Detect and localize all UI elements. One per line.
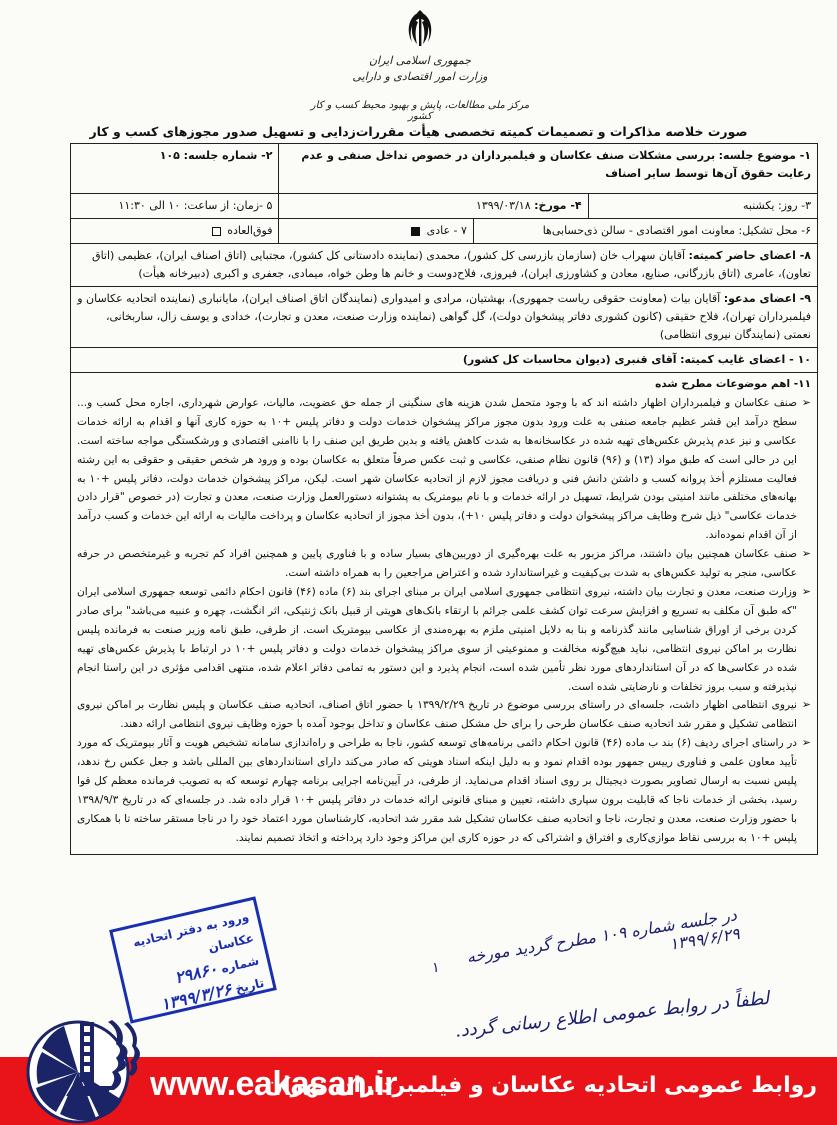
row-absent: ۱۰ - اعضای غایب کمیته: آقای قنبری (دیوان… xyxy=(71,348,817,373)
topic-paragraph: ➢نیروی انتظامی اظهار داشت، جلسه‌ای در را… xyxy=(77,696,811,734)
arrow-bullet-icon: ➢ xyxy=(802,545,811,564)
arrow-bullet-icon: ➢ xyxy=(802,394,811,413)
time: ۵ -زمان: از ساعت: ۱۰ الی ۱۱:۳۰ xyxy=(71,194,278,218)
union-logo-icon xyxy=(22,1000,150,1125)
topic-paragraph: ➢در راستای اجرای ردیف (۶) بند ب ماده (۴۶… xyxy=(77,734,811,847)
header-center: مرکز ملی مطالعات، پایش و بهبود محیط کسب … xyxy=(300,100,540,122)
invited-members: آقایان بیات (معاونت حقوقی ریاست جمهوری)،… xyxy=(77,292,811,341)
regular-checkbox xyxy=(411,227,420,236)
type-extra-cell: فوق‌العاده xyxy=(71,219,278,243)
absent-members: آقای قنبری (دیوان محاسبات کل کشور) xyxy=(463,353,677,366)
type-regular-label: ۷ - عادی xyxy=(427,224,467,237)
extra-checkbox xyxy=(212,227,221,236)
page-number: ۱ xyxy=(432,960,440,976)
header-country: جمهوری اسلامی ایران xyxy=(300,54,540,67)
stamp-date-label: تاریخ xyxy=(234,976,265,996)
topic-paragraph: ➢وزارت صنعت، معدن و تجارت بیان داشته، نی… xyxy=(77,583,811,696)
handwritten-note-session: در جلسه شماره ۱۰۹ مطرح گردید مورخه ۱۳۹۹/… xyxy=(419,905,741,993)
arrow-bullet-icon: ➢ xyxy=(802,734,811,753)
row-day-date-time: ۳- روز: یکشنبه ۴- مورخ: ۱۳۹۹/۰۳/۱۸ ۵ -زم… xyxy=(71,194,817,219)
minutes-table: ۱- موضوع جلسه: بررسی مشکلات صنف عکاسان و… xyxy=(70,143,818,855)
row-subject: ۱- موضوع جلسه: بررسی مشکلات صنف عکاسان و… xyxy=(71,144,817,194)
topics-heading: ۱۱- اهم موضوعات مطرح شده xyxy=(77,375,811,394)
location: ۶- محل تشکیل: معاونت امور اقتصادی - سالن… xyxy=(473,219,817,243)
absent-cell: ۱۰ - اعضای غایب کمیته: آقای قنبری (دیوان… xyxy=(71,348,817,372)
row-topics: ۱۱- اهم موضوعات مطرح شده ➢صنف عکاسان و ف… xyxy=(71,373,817,854)
date-value: ۱۳۹۹/۰۳/۱۸ xyxy=(476,199,531,212)
subject-label: ۱- موضوع جلسه: xyxy=(719,149,811,162)
date-label: ۴- مورخ: xyxy=(534,199,581,212)
topic-paragraph: ➢صنف عکاسان همچنین بیان داشتند، مراکز مز… xyxy=(77,545,811,583)
arrow-bullet-icon: ➢ xyxy=(802,696,811,715)
document-page: جمهوری اسلامی ایران وزارت امور اقتصادی و… xyxy=(0,0,837,1125)
iran-emblem-icon xyxy=(400,10,440,48)
invited-cell: ۹- اعضای مدعو: آقایان بیات (معاونت حقوقی… xyxy=(71,287,817,347)
date-cell: ۴- مورخ: ۱۳۹۹/۰۳/۱۸ xyxy=(278,194,587,218)
day: ۳- روز: یکشنبه xyxy=(588,194,817,218)
type-extra-label: فوق‌العاده xyxy=(227,224,272,237)
row-location-type: ۶- محل تشکیل: معاونت امور اقتصادی - سالن… xyxy=(71,219,817,244)
document-title: صورت خلاصه مذاکرات و تصمیمات کمیته تخصصی… xyxy=(0,124,837,139)
handwritten-note-pr: لطفاً در روابط عمومی اطلاع رسانی گردد. xyxy=(440,988,770,1043)
absent-label: ۱۰ - اعضای غایب کمیته: xyxy=(680,353,811,366)
session-number: ۲- شماره جلسه: ۱۰۵ xyxy=(71,144,278,193)
invited-label: ۹- اعضای مدعو: xyxy=(724,292,811,305)
row-invited: ۹- اعضای مدعو: آقایان بیات (معاونت حقوقی… xyxy=(71,287,817,348)
topics-section: ۱۱- اهم موضوعات مطرح شده ➢صنف عکاسان و ف… xyxy=(71,373,817,854)
members-present-label: ۸- اعضای حاضر کمیته: xyxy=(689,249,811,262)
members-present-cell: ۸- اعضای حاضر کمیته: آقایان سهراب خان (س… xyxy=(71,244,817,286)
arrow-bullet-icon: ➢ xyxy=(802,583,811,602)
footer-org-name: روابط عمومی اتحادیه عکاسان و فیلمبرداران… xyxy=(264,1073,817,1098)
topic-paragraph: ➢صنف عکاسان و فیلمبرداران اظهار داشته ان… xyxy=(77,394,811,545)
row-members-present: ۸- اعضای حاضر کمیته: آقایان سهراب خان (س… xyxy=(71,244,817,287)
subject-cell: ۱- موضوع جلسه: بررسی مشکلات صنف عکاسان و… xyxy=(278,144,817,193)
type-regular-cell: ۷ - عادی xyxy=(278,219,472,243)
header-ministry: وزارت امور اقتصادی و دارایی xyxy=(300,70,540,83)
